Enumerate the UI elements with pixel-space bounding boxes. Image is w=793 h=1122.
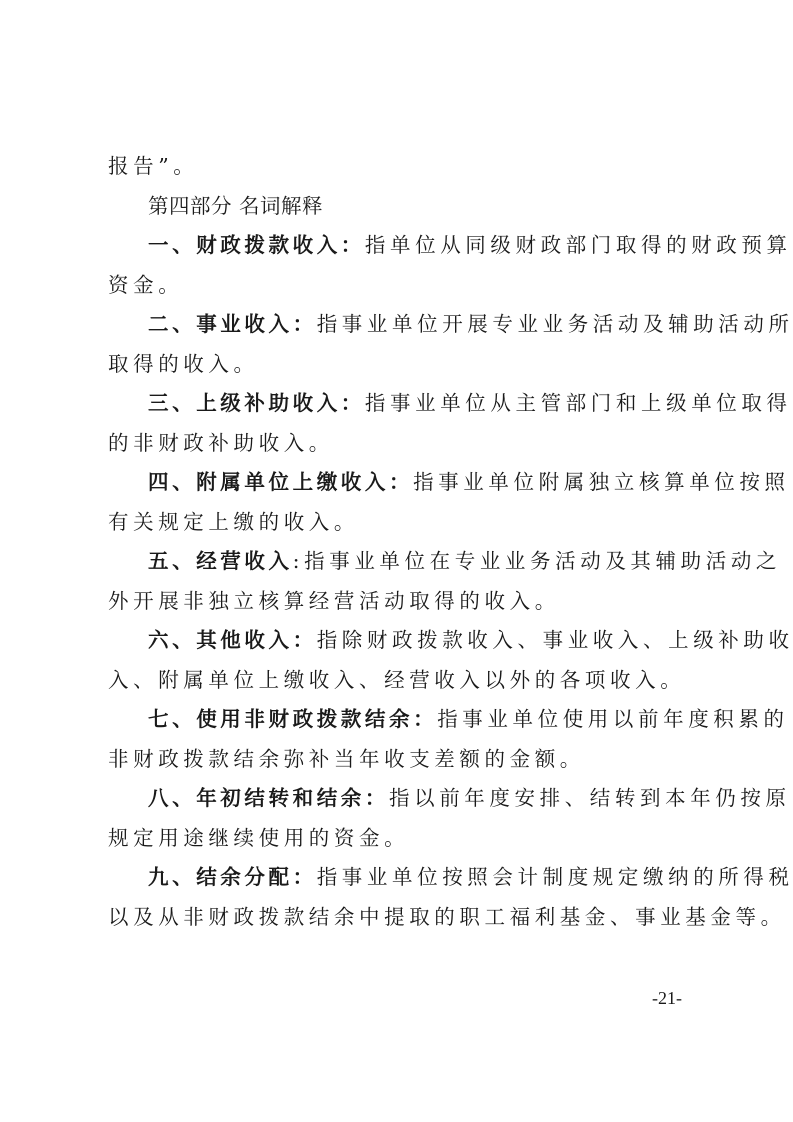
definition-continuation: 非财政拨款结余弥补当年收支差额的金额。 — [108, 740, 693, 780]
definition-text: 指事业单位开展专业业务活动及辅助活动所 — [317, 312, 793, 336]
definition-text: 指事业单位按照会计制度规定缴纳的所得税 — [317, 865, 793, 889]
definition-continuation: 以及从非财政拨款结余中提取的职工福利基金、事业基金等。 — [108, 898, 693, 938]
definition-term: 七、使用非财政拨款结余： — [148, 707, 437, 731]
definition-continuation: 入、附属单位上缴收入、经营收入以外的各项收入。 — [108, 661, 693, 701]
definition-item: 二、事业收入：指事业单位开展专业业务活动及辅助活动所 取得的收入。 — [108, 305, 693, 384]
definition-continuation: 规定用途继续使用的资金。 — [108, 819, 693, 859]
definition-item: 三、上级补助收入：指事业单位从主管部门和上级单位取得 的非财政补助收入。 — [108, 384, 693, 463]
definition-first-line: 一、财政拨款收入：指单位从同级财政部门取得的财政预算 — [108, 226, 693, 266]
definition-first-line: 五、经营收入:指事业单位在专业业务活动及其辅助活动之 — [108, 542, 693, 582]
definition-item: 六、其他收入：指除财政拨款收入、事业收入、上级补助收 入、附属单位上缴收入、经营… — [108, 621, 693, 700]
definition-text: :指事业单位在专业业务活动及其辅助活动之 — [293, 549, 781, 573]
definition-continuation: 有关规定上缴的收入。 — [108, 503, 693, 543]
definition-text: 指单位从同级财政部门取得的财政预算 — [365, 233, 792, 257]
definition-text: 指除财政拨款收入、事业收入、上级补助收 — [317, 628, 793, 652]
definition-first-line: 九、结余分配：指事业单位按照会计制度规定缴纳的所得税 — [108, 858, 693, 898]
definition-first-line: 八、年初结转和结余：指以前年度安排、结转到本年仍按原 — [108, 779, 693, 819]
definition-first-line: 四、附属单位上缴收入：指事业单位附属独立核算单位按照 — [108, 463, 693, 503]
definition-first-line: 三、上级补助收入：指事业单位从主管部门和上级单位取得 — [108, 384, 693, 424]
definition-continuation: 外开展非独立核算经营活动取得的收入。 — [108, 582, 693, 622]
definition-continuation: 取得的收入。 — [108, 345, 693, 385]
definition-continuation: 的非财政补助收入。 — [108, 424, 693, 464]
definition-text: 指事业单位从主管部门和上级单位取得 — [365, 391, 792, 415]
definition-text: 指以前年度安排、结转到本年仍按原 — [389, 786, 791, 810]
definition-item: 八、年初结转和结余：指以前年度安排、结转到本年仍按原 规定用途继续使用的资金。 — [108, 779, 693, 858]
definition-item: 五、经营收入:指事业单位在专业业务活动及其辅助活动之 外开展非独立核算经营活动取… — [108, 542, 693, 621]
document-body: 报告”。 第四部分 名词解释 一、财政拨款收入：指单位从同级财政部门取得的财政预… — [108, 147, 693, 937]
definition-term: 四、附属单位上缴收入： — [148, 470, 413, 494]
definition-item: 九、结余分配：指事业单位按照会计制度规定缴纳的所得税 以及从非财政拨款结余中提取… — [108, 858, 693, 937]
continuation-line: 报告”。 — [108, 147, 693, 187]
definition-text: 指事业单位使用以前年度积累的 — [437, 707, 788, 731]
definition-item: 一、财政拨款收入：指单位从同级财政部门取得的财政预算 资金。 — [108, 226, 693, 305]
definition-first-line: 六、其他收入：指除财政拨款收入、事业收入、上级补助收 — [108, 621, 693, 661]
document-page: 报告”。 第四部分 名词解释 一、财政拨款收入：指单位从同级财政部门取得的财政预… — [0, 0, 793, 1122]
definition-term: 五、经营收入 — [148, 549, 293, 573]
definition-term: 八、年初结转和结余： — [148, 786, 389, 810]
definition-term: 六、其他收入： — [148, 628, 317, 652]
definition-item: 四、附属单位上缴收入：指事业单位附属独立核算单位按照 有关规定上缴的收入。 — [108, 463, 693, 542]
definition-item: 七、使用非财政拨款结余：指事业单位使用以前年度积累的 非财政拨款结余弥补当年收支… — [108, 700, 693, 779]
page-number: -21- — [652, 988, 682, 1009]
definition-term: 二、事业收入： — [148, 312, 317, 336]
definition-text: 指事业单位附属独立核算单位按照 — [413, 470, 790, 494]
definition-continuation: 资金。 — [108, 266, 693, 306]
section-heading: 第四部分 名词解释 — [108, 187, 693, 227]
definition-term: 三、上级补助收入： — [148, 391, 365, 415]
definition-term: 九、结余分配： — [148, 865, 317, 889]
definition-first-line: 二、事业收入：指事业单位开展专业业务活动及辅助活动所 — [108, 305, 693, 345]
definition-first-line: 七、使用非财政拨款结余：指事业单位使用以前年度积累的 — [108, 700, 693, 740]
definition-term: 一、财政拨款收入： — [148, 233, 365, 257]
